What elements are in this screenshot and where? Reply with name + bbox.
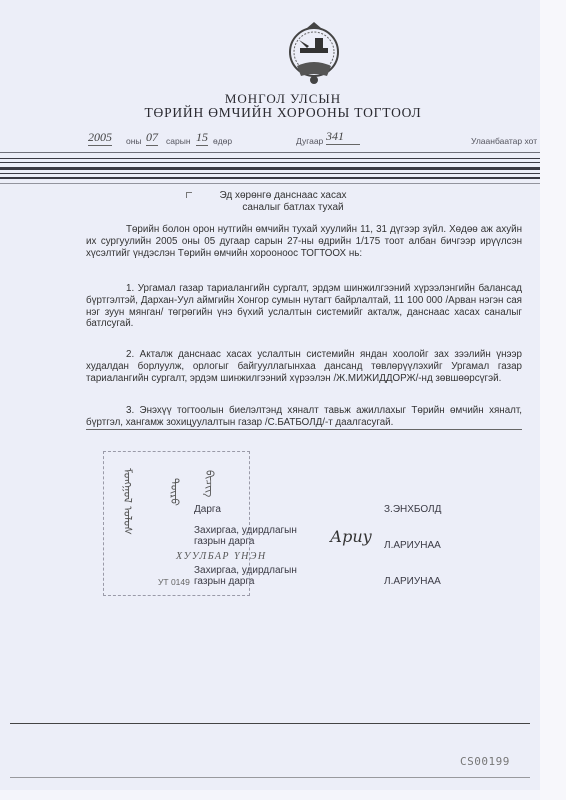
year-value: 2005 xyxy=(88,130,112,146)
signatory-1-title: Дарга xyxy=(194,504,221,515)
signatory-2-title: Захиргаа, удирдлагын газрын дарга xyxy=(194,525,297,547)
preamble: Төрийн болон орон нутгийн өмчийн тухай х… xyxy=(86,224,522,259)
handwritten-signature: Ариу xyxy=(330,527,372,546)
place: Улаанбаатар хот xyxy=(471,136,537,146)
header-resolution-title: ТӨРИЙН ӨМЧИЙН ХОРООНЫ ТОГТООЛ xyxy=(0,105,566,121)
footer-code: CS00199 xyxy=(460,755,510,768)
resolution-meta: 2005 оны 07 сарын 15 өдөр Дугаар 341 Ула… xyxy=(88,132,538,148)
clause-3: 3. Энэхүү тогтоолын биелэлтэнд хяналт та… xyxy=(86,405,522,430)
mongol-script-1: ᠮᠣᠩᠭᠣᠯ ᠤᠯᠤᠰ xyxy=(118,468,137,578)
signatory-3-name: Л.АРИУНАА xyxy=(384,576,441,587)
signatory-2-name: Л.АРИУНАА xyxy=(384,540,441,551)
header-rules xyxy=(0,152,540,186)
signatory-1-name: З.ЭНХБОЛД xyxy=(384,504,441,515)
day-label: өдөр xyxy=(213,136,232,146)
month-label: сарын xyxy=(166,136,191,146)
footer-rule-2 xyxy=(10,777,530,778)
state-emblem-icon xyxy=(285,22,343,88)
clause-1: 1. Ургамал газар тариалангийн сургалт, э… xyxy=(86,283,522,330)
footer-rule-1 xyxy=(10,723,530,724)
subject: Эд хөрөнгө данснаас хасах саналыг батлах… xyxy=(0,190,566,214)
clause-2: 2. Акталж данснаас хасах услалтын систем… xyxy=(86,349,522,384)
year-label: оны xyxy=(126,136,142,146)
day-value: 15 xyxy=(196,130,208,146)
stamp-number: УТ 0149 xyxy=(158,577,190,587)
clause-1-text: 1. Ургамал газар тариалангийн сургалт, э… xyxy=(86,283,522,330)
number-label: Дугаар xyxy=(296,136,323,146)
subject-line-1: Эд хөрөнгө данснаас хасах xyxy=(0,190,566,202)
number-value: 341 xyxy=(326,129,360,145)
copy-seal-text: ХУУЛБАР ҮНЭН xyxy=(176,551,267,562)
signatory-3-title: Захиргаа, удирдлагын газрын дарга xyxy=(194,565,297,587)
preamble-text: Төрийн болон орон нутгийн өмчийн тухай х… xyxy=(86,224,522,259)
subject-line-2: саналыг батлах тухай xyxy=(0,202,566,214)
clause-2-text: 2. Акталж данснаас хасах услалтын систем… xyxy=(86,349,522,384)
clause-3-text: 3. Энэхүү тогтоолын биелэлтэнд хяналт та… xyxy=(86,405,522,430)
mongol-script-2: ᠲᠥᠷᠦ xyxy=(165,478,184,528)
month-value: 07 xyxy=(146,130,158,146)
